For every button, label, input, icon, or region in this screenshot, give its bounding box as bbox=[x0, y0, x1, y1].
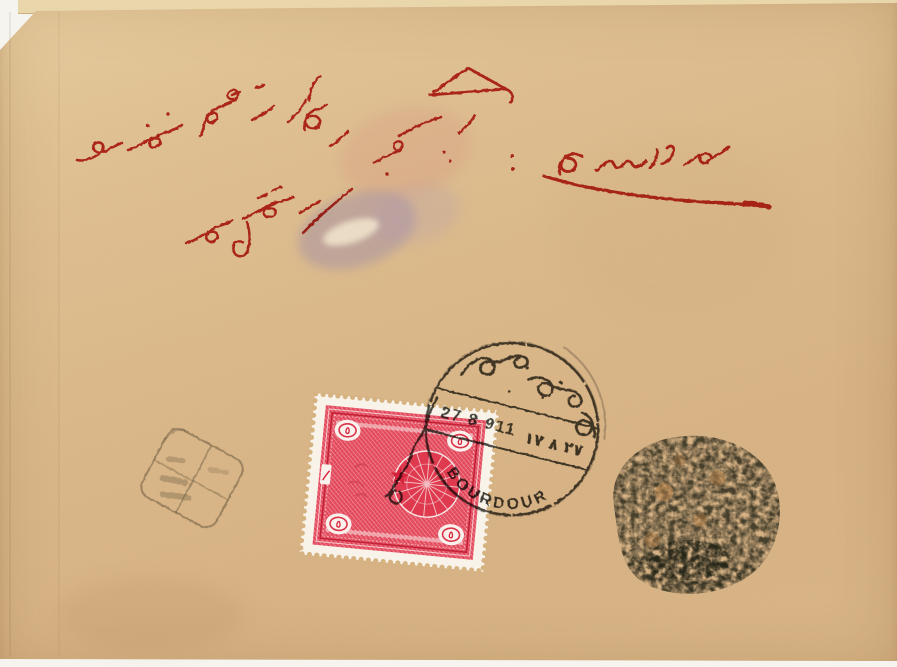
envelope-photo: ٥ ٥ ٥ ٥ bbox=[0, 0, 897, 667]
paper-grain bbox=[0, 0, 897, 661]
envelope-markings: ٥ ٥ ٥ ٥ bbox=[0, 0, 897, 667]
